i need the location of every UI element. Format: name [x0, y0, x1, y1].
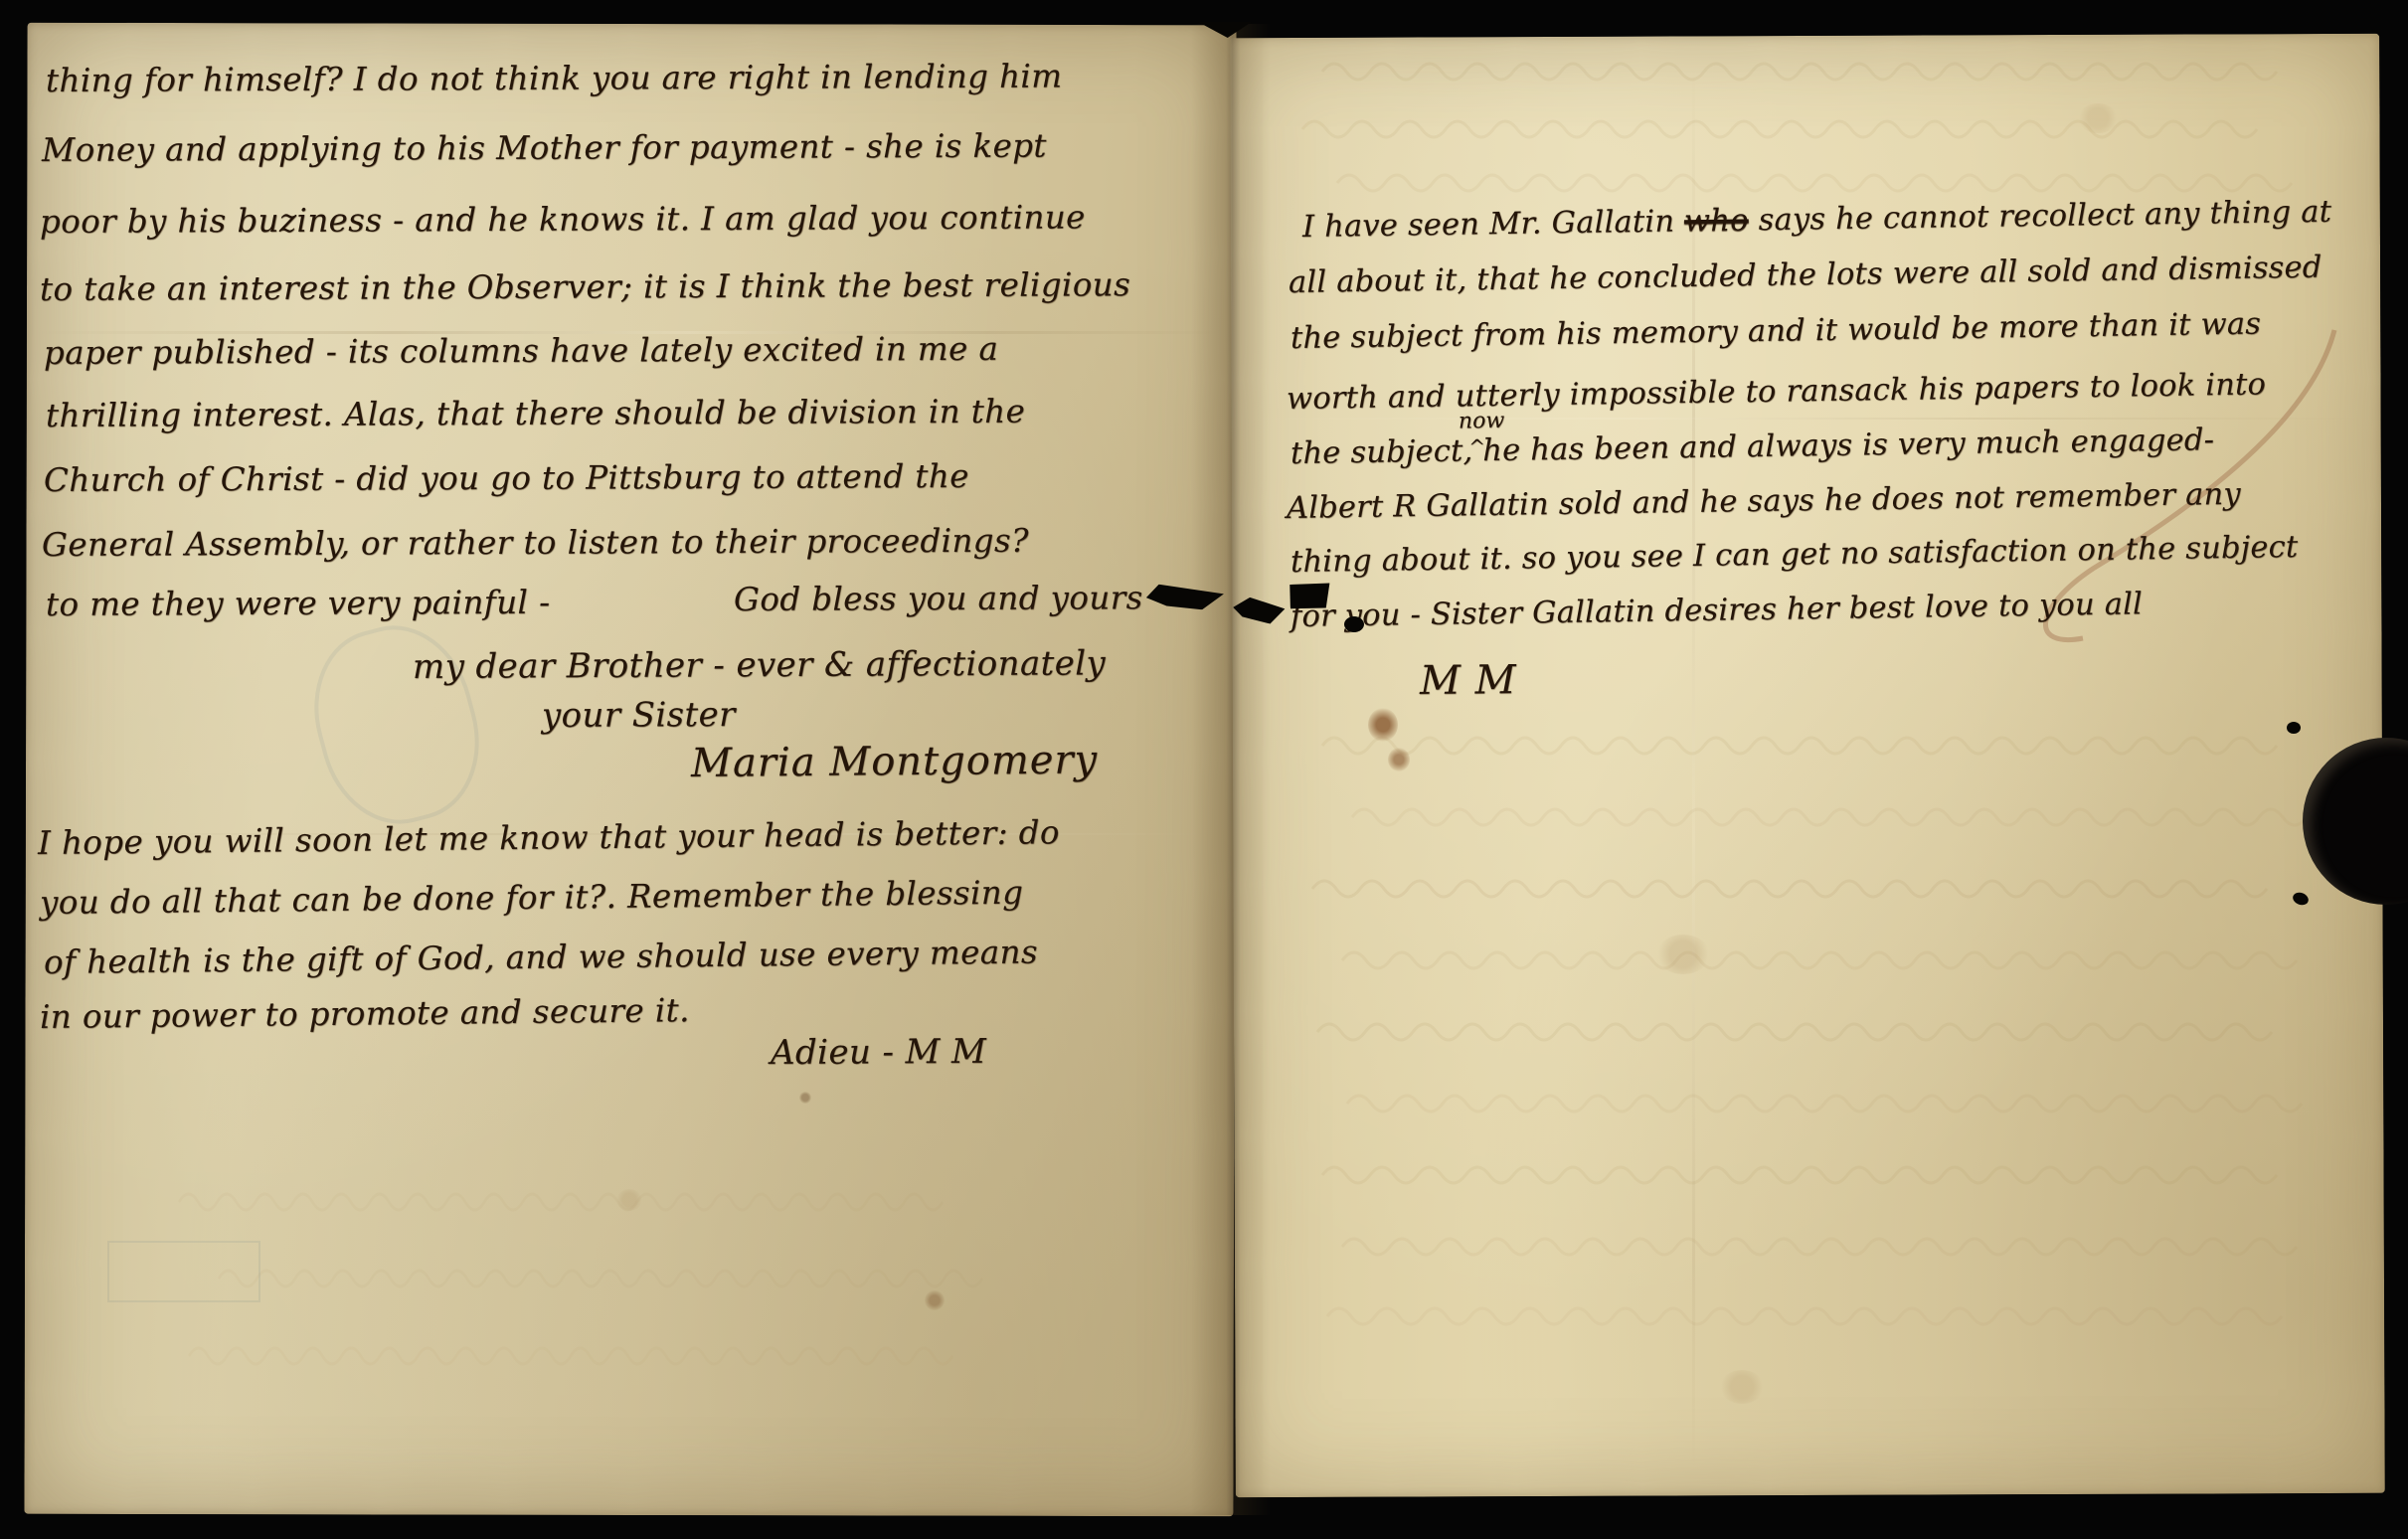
center-fold-shadow — [1191, 24, 1271, 1515]
line-segment: I have seen Mr. Gallatin — [1302, 204, 1685, 245]
stain — [1368, 708, 1398, 742]
letter-scan: thing for himself? I do not think you ar… — [0, 0, 2408, 1539]
stain — [616, 1189, 642, 1211]
letter-line: to take an interest in the Observer; it … — [40, 265, 1130, 308]
letter-line: Church of Christ - did you go to Pittsbu… — [44, 457, 969, 499]
letter-line: thrilling interest. Alas, that there sho… — [46, 393, 1025, 434]
paper-tear — [1344, 616, 1364, 632]
inserted-word: now — [1459, 409, 1505, 434]
stain — [1656, 935, 1710, 974]
struck-word: who — [1684, 203, 1749, 239]
signature: M M — [1420, 657, 1517, 704]
postscript-line: in our power to promote and secure it. — [40, 991, 690, 1036]
postscript-closing: Adieu - M M — [771, 1032, 986, 1073]
stain — [1720, 1370, 1764, 1404]
paper-tear — [2287, 722, 2301, 734]
letter-closing: your Sister — [542, 695, 736, 736]
signature: Maria Montgomery — [691, 737, 1099, 786]
crease-line — [1243, 418, 2366, 420]
letter-line: to me they were very painful - — [46, 584, 551, 623]
letter-closing: my dear Brother - ever & affectionately — [413, 643, 1106, 687]
letter-line: thing for himself? I do not think you ar… — [46, 58, 1063, 99]
letter-line: paper published - its columns have latel… — [44, 330, 998, 372]
letter-line: Money and applying to his Mother for pay… — [42, 127, 1047, 169]
letter-line: poor by his buziness - and he knows it. … — [40, 198, 1086, 241]
stain — [799, 1092, 811, 1104]
line-segment: the subject, — [1290, 433, 1473, 471]
stain — [2078, 103, 2118, 133]
insertion-caret: ^ — [1468, 434, 1485, 458]
stain — [1388, 748, 1410, 771]
stain — [925, 1290, 945, 1310]
stamp-ghost — [107, 1241, 260, 1302]
letter-line: General Assembly, or rather to listen to… — [42, 522, 1029, 564]
letter-line: God bless you and yours — [734, 579, 1143, 618]
